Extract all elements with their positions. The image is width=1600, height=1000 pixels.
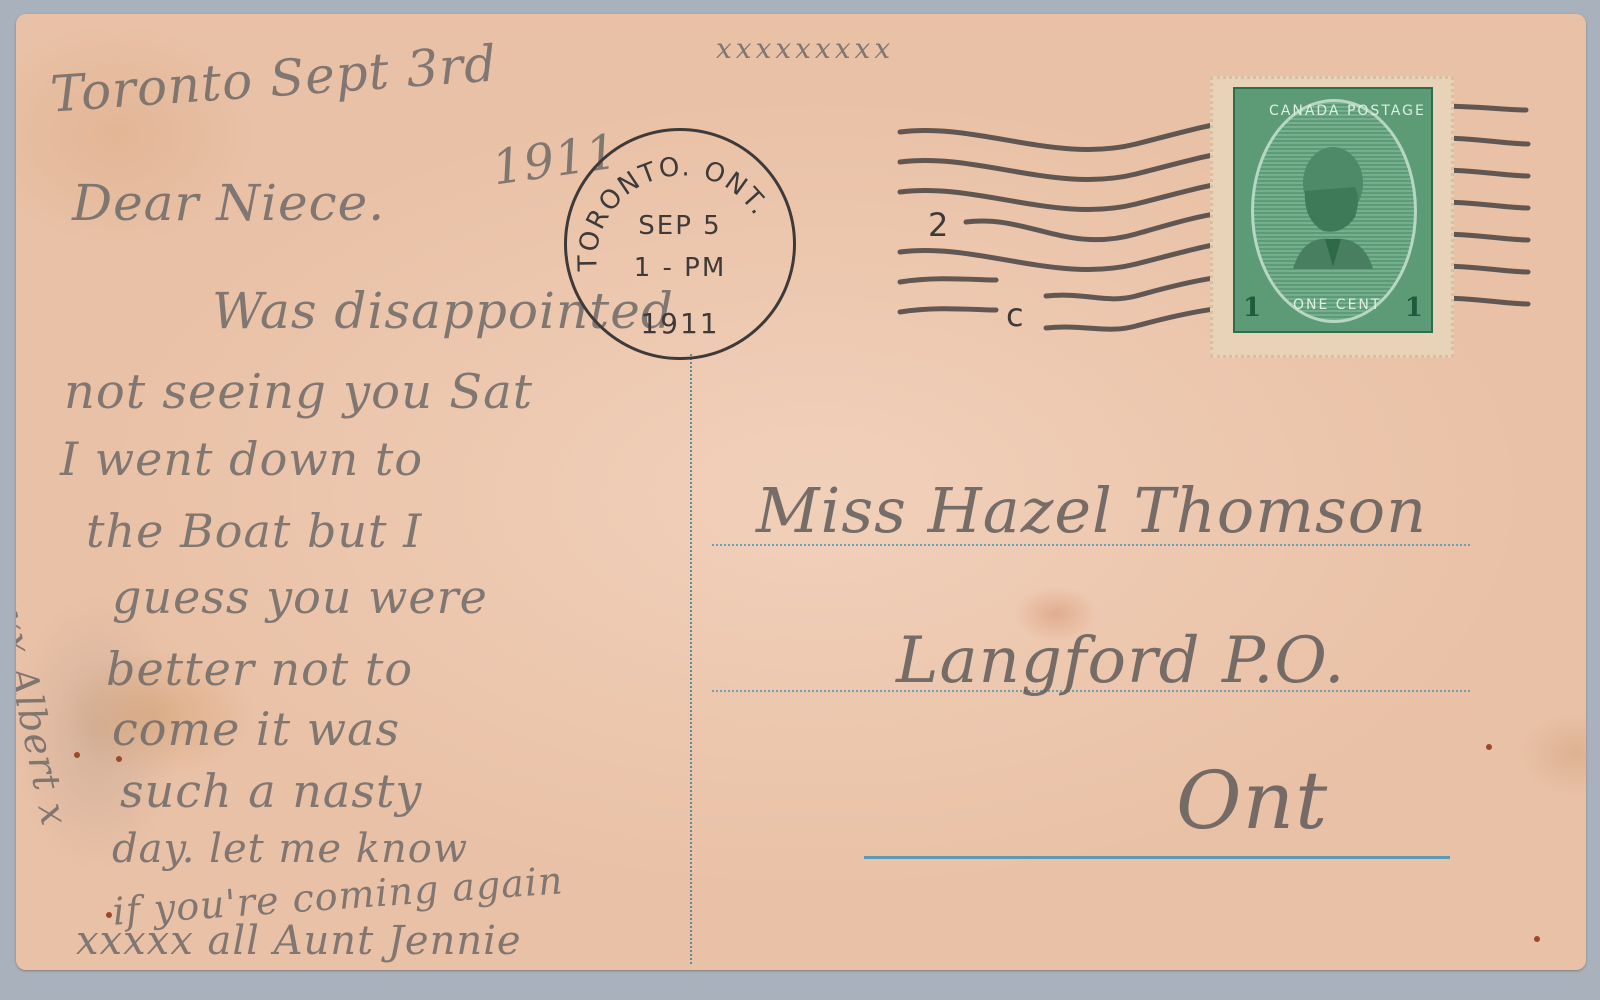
address-line: [864, 856, 1450, 859]
stain-dot: [116, 756, 122, 762]
address-place: Langford P.O.: [896, 624, 1345, 698]
postmark-date: SEP 5: [567, 211, 793, 241]
toronto-postmark: TORONTO. ONT. SEP 5 1 - PM 1911: [564, 128, 796, 360]
stain-dot: [1534, 936, 1540, 942]
message-line: xxxxx all Aunt Jennie: [76, 918, 522, 964]
stamp-value-right: 1: [1405, 293, 1423, 323]
stain-dot: [74, 752, 80, 758]
message-line: the Boat but I: [86, 504, 422, 558]
stain-dot: [1486, 744, 1492, 750]
stamp-paper: CANADA POSTAGE ONE CENT 1 1: [1210, 76, 1454, 358]
message-line: better not to: [106, 642, 413, 696]
message-line: guess you were: [112, 570, 488, 624]
postmark-year: 1911: [567, 307, 793, 340]
king-portrait-icon: [1283, 139, 1379, 269]
address-name: Miss Hazel Thomson: [756, 474, 1427, 547]
address-province: Ont: [1176, 754, 1328, 847]
stamp-country: CANADA POSTAGE: [1269, 103, 1426, 119]
postmark-time: 1 - PM: [567, 253, 793, 283]
message-line: come it was: [112, 702, 400, 756]
canada-one-cent-stamp: CANADA POSTAGE ONE CENT 1 1: [1233, 87, 1433, 333]
message-line: I went down to: [60, 432, 423, 486]
postcard-back: Toronto Sept 3rd 1911 Dear Niece. xxxxxx…: [16, 14, 1586, 970]
stamp-value-left: 1: [1243, 293, 1261, 323]
message-line: such a nasty: [120, 764, 422, 818]
stain-dot: [106, 912, 112, 918]
stamp-denomination: ONE CENT: [1293, 297, 1381, 313]
divider-line: [690, 354, 692, 964]
cancel-number: 2: [928, 206, 948, 244]
message-line: day. let me know: [112, 826, 468, 872]
cancel-letter: c: [1006, 296, 1024, 334]
margin-note: xxxx Albert x: [16, 562, 77, 830]
